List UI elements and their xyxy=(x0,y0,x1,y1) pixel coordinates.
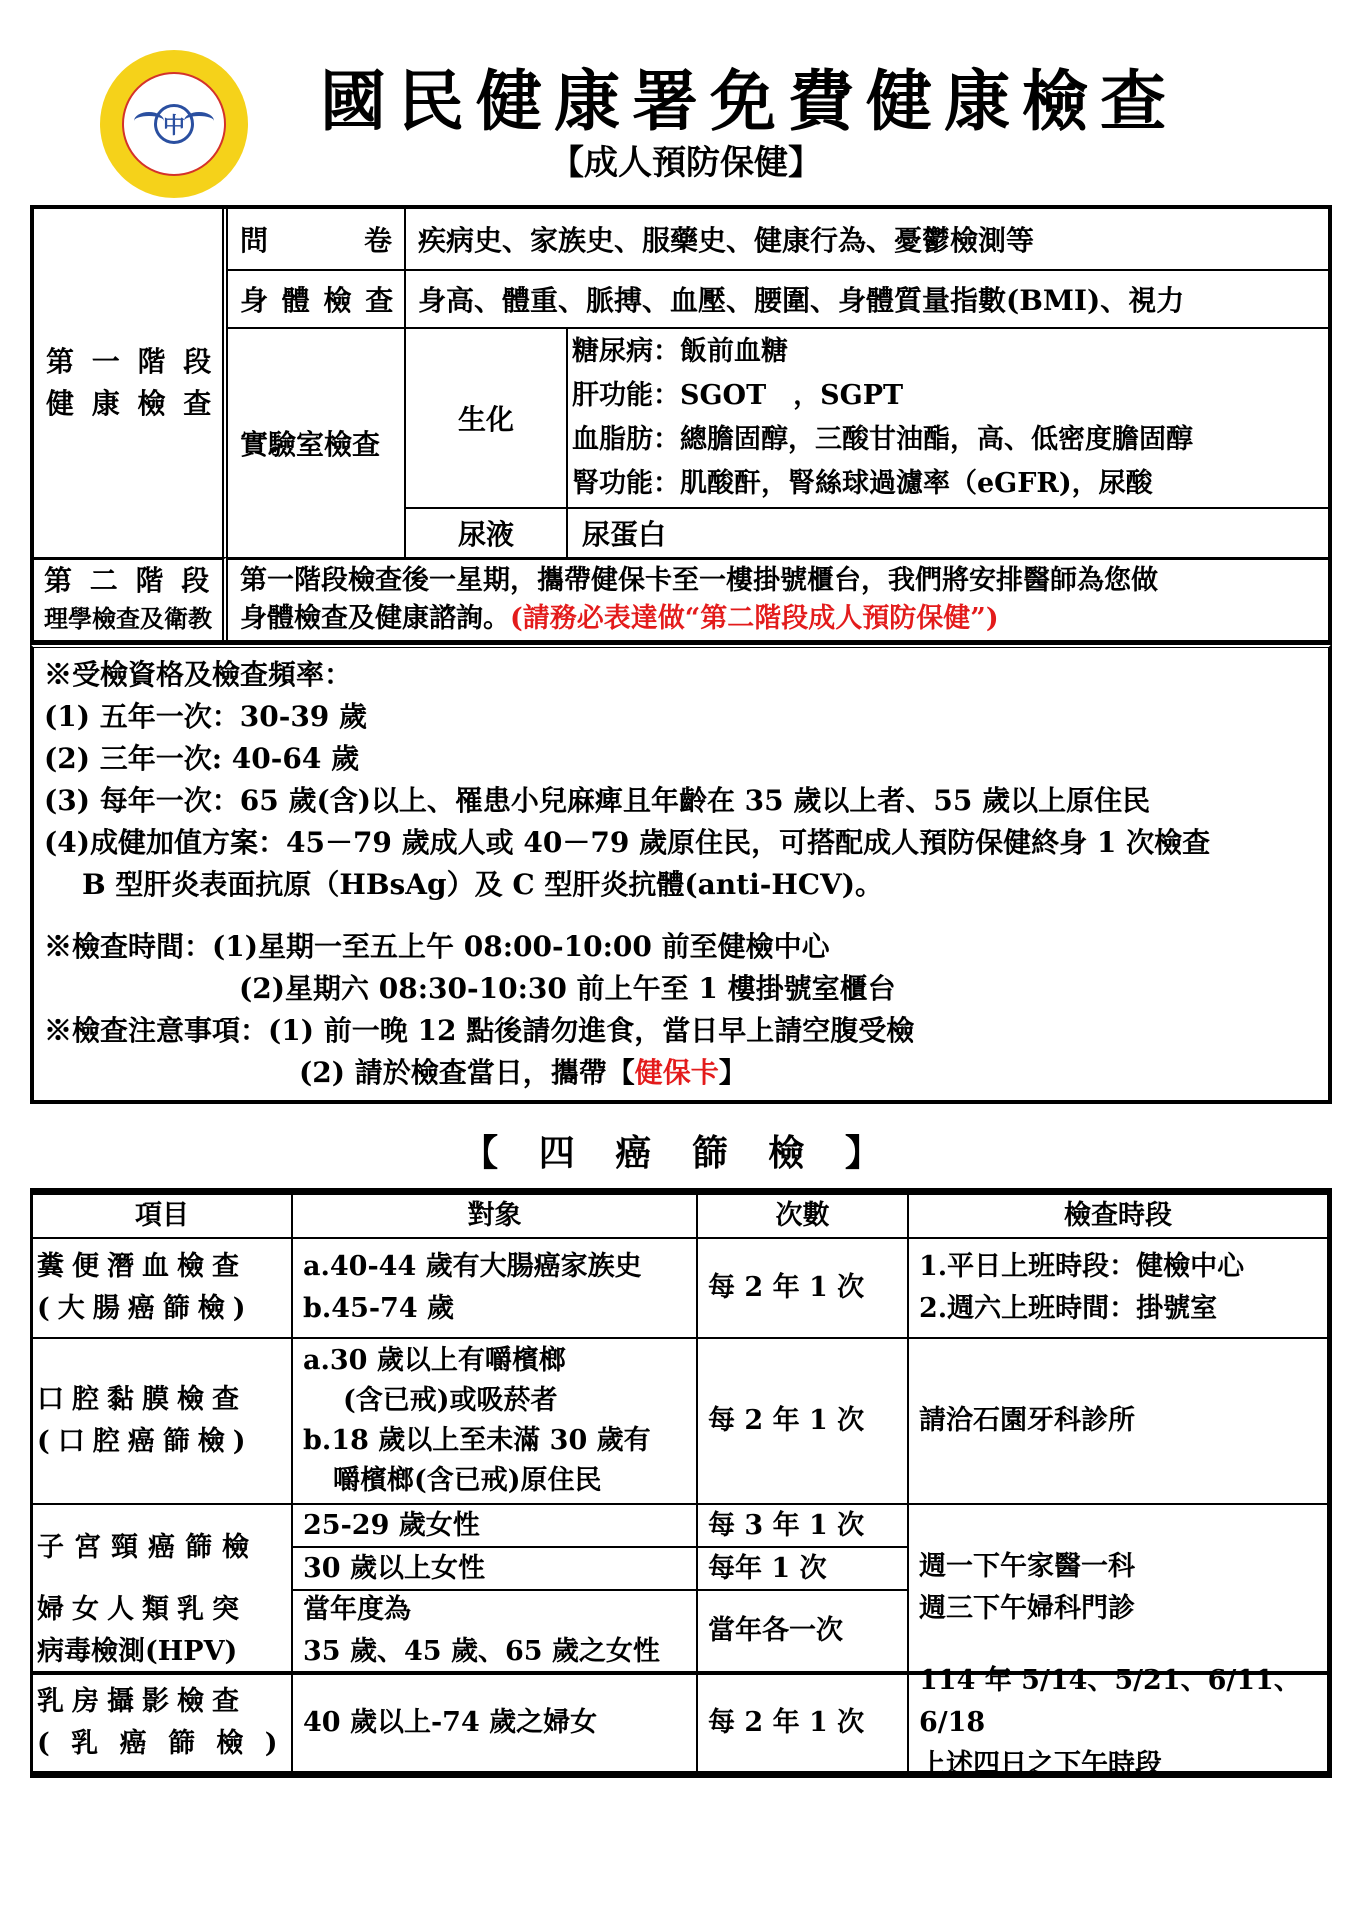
row-cervical-frequency-b: 每年 1 次 xyxy=(698,1548,909,1591)
exam-time-label: ※檢查時間： xyxy=(44,930,212,963)
health-card-highlight: 健保卡 xyxy=(635,1056,719,1089)
row-breast-target: 40 歲以上-74 歲之婦女 xyxy=(293,1675,698,1771)
questionnaire-value: 疾病史、家族史、服藥史、健康行為、憂鬱檢測等 xyxy=(406,209,1328,271)
column-header-frequency: 次數 xyxy=(698,1195,909,1239)
biochem-label: 生化 xyxy=(406,329,568,509)
row-oral-item: 口腔黏膜檢查 (口腔癌篩檢) xyxy=(33,1339,293,1505)
cancer-screening-title: 【 四 癌 篩 檢 】 xyxy=(0,1125,1357,1176)
row-hpv-frequency: 當年各一次 xyxy=(698,1591,909,1675)
row-breast-frequency: 每 2 年 1 次 xyxy=(698,1675,909,1771)
page-title: 國民健康署免費健康檢查 xyxy=(320,48,1178,143)
stage2-description: 第一階段檢查後一星期，攜帶健保卡至一樓掛號櫃台，我們將安排醫師為您做 身體檢查及… xyxy=(228,557,1328,640)
biochem-item-diabetes: 糖尿病：飯前血糖 xyxy=(572,330,788,374)
eligibility-item: (1) 五年一次：30-39 歲 xyxy=(44,696,1318,738)
row-breast-schedule: 114 年 5/14、5/21、6/11、6/18 上述四日之下午時段 xyxy=(909,1675,1327,1771)
row-colorectal-item: 糞便潛血檢查 (大腸癌篩檢) xyxy=(33,1239,293,1339)
questionnaire-label: 問 卷 xyxy=(228,209,406,271)
exam-notes-label: ※檢查注意事項： xyxy=(44,1014,268,1047)
column-header-target: 對象 xyxy=(293,1195,698,1239)
row-hpv-item: 婦女人類乳突 病毒檢測(HPV) xyxy=(33,1591,293,1675)
row-cervical-target-a: 25-29 歲女性 xyxy=(293,1505,698,1548)
exam-notes-line1: ※檢查注意事項：(1) 前一晚 12 點後請勿進食，當日早上請空腹受檢 xyxy=(44,1010,1318,1052)
stage1-label: 第 一 階 段 健 康 檢 查 xyxy=(34,209,228,557)
row-cervical-hpv-schedule: 週一下午家醫一科 週三下午婦科門診 xyxy=(909,1505,1327,1675)
page-subtitle: 【成人預防保健】 xyxy=(550,135,822,184)
exam-time-line1: ※檢查時間：(1)星期一至五上午 08:00-10:00 前至健檢中心 xyxy=(44,926,1318,968)
stage1-label-line2: 健 康 檢 查 xyxy=(46,383,215,425)
eligibility-item: B 型肝炎表面抗原（HBsAg）及 C 型肝炎抗體(anti-HCV)。 xyxy=(44,864,1318,906)
caduceus-wing-icon xyxy=(184,112,214,130)
biochem-item-kidney: 腎功能：肌酸酐，腎絲球過濾率（eGFR)，尿酸 xyxy=(572,462,1153,506)
eligibility-item: (4)成健加值方案：45－79 歲成人或 40－79 歲原住民，可搭配成人預防保… xyxy=(44,822,1318,864)
biochem-item-liver: 肝功能：SGOT ，SGPT xyxy=(572,374,903,418)
eligibility-item: (3) 每年一次：65 歲(含)以上、罹患小兒麻痺且年齡在 35 歲以上者、55… xyxy=(44,780,1318,822)
stage2-label-line2: 理學檢查及衛教 xyxy=(44,600,212,638)
row-cervical-frequency-a: 每 3 年 1 次 xyxy=(698,1505,909,1548)
info-box: ※受檢資格及檢查頻率： (1) 五年一次：30-39 歲 (2) 三年一次: 4… xyxy=(30,644,1332,1104)
urine-label: 尿液 xyxy=(406,509,568,557)
caduceus-wing-icon xyxy=(134,112,164,130)
stage1-label-line1: 第 一 階 段 xyxy=(46,341,215,383)
exam-notes-line2: (2) 請於檢查當日，攜帶【健保卡】 xyxy=(44,1052,1318,1094)
lab-test-label: 實驗室檢查 xyxy=(228,329,406,557)
row-colorectal-schedule: 1.平日上班時段：健檢中心 2.週六上班時間：掛號室 xyxy=(909,1239,1327,1339)
row-cervical-target-b: 30 歲以上女性 xyxy=(293,1548,698,1591)
adult-health-check-table: 第 一 階 段 健 康 檢 查 問 卷 疾病史、家族史、服藥史、健康行為、憂鬱檢… xyxy=(30,205,1332,644)
column-header-schedule: 檢查時段 xyxy=(909,1195,1327,1239)
stage2-reminder: (請務必表達做“第二階段成人預防保健”) xyxy=(510,603,999,634)
physical-exam-label: 身 體 檢 查 xyxy=(228,271,406,329)
row-oral-schedule: 請洽石園牙科診所 xyxy=(909,1339,1327,1505)
row-breast-item: 乳房攝影檢查 ( 乳 癌 篩 檢 ) xyxy=(33,1675,293,1771)
row-oral-frequency: 每 2 年 1 次 xyxy=(698,1339,909,1505)
column-header-item: 項目 xyxy=(33,1195,293,1239)
row-colorectal-frequency: 每 2 年 1 次 xyxy=(698,1239,909,1339)
stage2-label: 第 二 階 段 理學檢查及衛教 xyxy=(34,557,228,640)
stage2-label-line1: 第 二 階 段 xyxy=(44,562,213,600)
row-cervical-item: 子宮頸癌篩檢 xyxy=(33,1505,293,1591)
physical-exam-value: 身高、體重、脈搏、血壓、腰圍、身體質量指數(BMI)、視力 xyxy=(406,271,1328,329)
eligibility-item: (2) 三年一次: 40-64 歲 xyxy=(44,738,1318,780)
biochem-item-lipid: 血脂肪：總膽固醇，三酸甘油酯，高、低密度膽固醇 xyxy=(572,418,1193,462)
clinic-logo: 中 xyxy=(100,50,248,198)
eligibility-title: ※受檢資格及檢查頻率： xyxy=(44,654,1318,696)
biochem-items: 糖尿病：飯前血糖 肝功能：SGOT ，SGPT 血脂肪：總膽固醇，三酸甘油酯，高… xyxy=(568,329,1328,509)
row-colorectal-target: a.40-44 歲有大腸癌家族史 b.45-74 歲 xyxy=(293,1239,698,1339)
urine-value: 尿蛋白 xyxy=(568,509,1328,557)
row-hpv-target: 當年度為 35 歲、45 歲、65 歲之女性 xyxy=(293,1591,698,1675)
exam-time-line2: (2)星期六 08:30-10:30 前上午至 1 樓掛號室櫃台 xyxy=(44,968,1318,1010)
logo-inner: 中 xyxy=(122,72,226,176)
cancer-screening-table: 項目 對象 次數 檢查時段 糞便潛血檢查 (大腸癌篩檢) a.40-44 歲有大… xyxy=(30,1188,1332,1778)
row-oral-target: a.30 歲以上有嚼檳榔 (含已戒)或吸菸者 b.18 歲以上至未滿 30 歲有… xyxy=(293,1339,698,1505)
